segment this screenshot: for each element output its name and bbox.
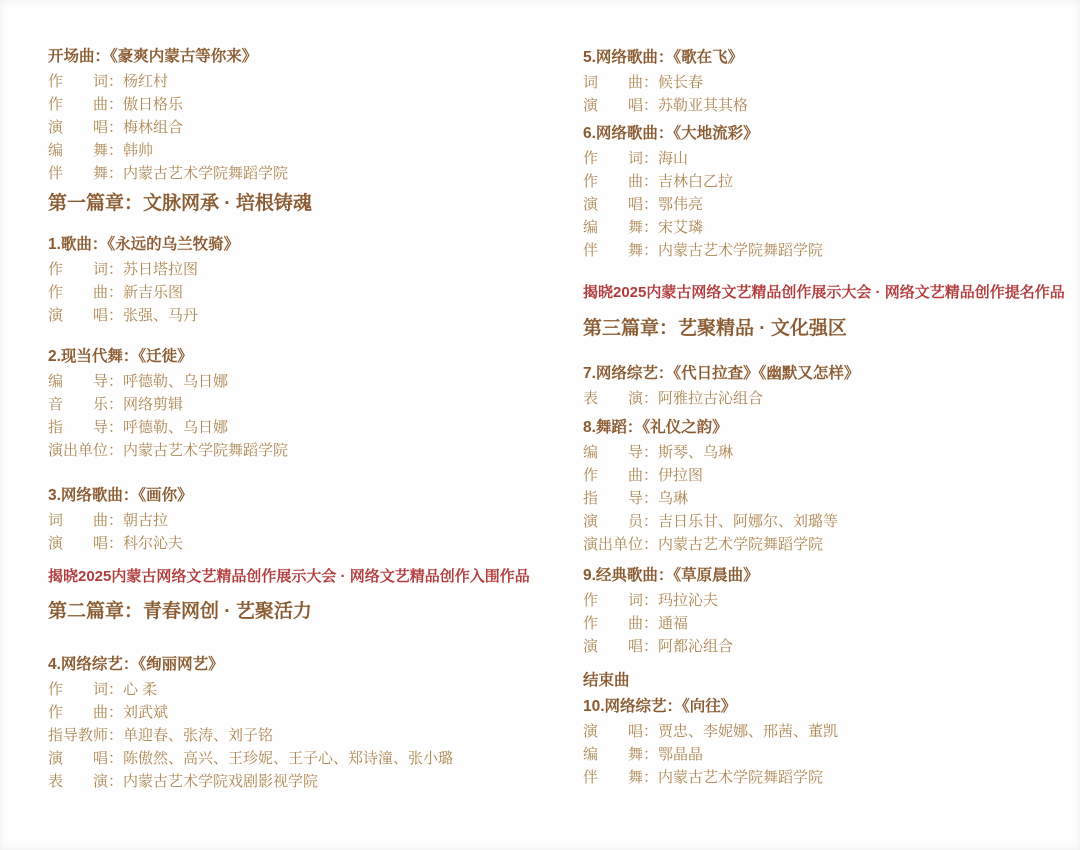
chapter-heading-3: 第三篇章：艺聚精品 · 文化强区 — [583, 315, 1078, 342]
closing-label: 结束曲 — [583, 668, 1078, 694]
credit-line: 词 曲：候长春 — [583, 71, 1078, 94]
credit-line: 编 舞：宋艾璘 — [583, 216, 1078, 239]
program-item-6: 6.网络歌曲：《大地流彩》 作 词：海山 作 曲：吉林白乙拉 演 唱：鄂伟亮 编… — [583, 121, 1078, 262]
credit-line: 作 曲：新吉乐图 — [48, 281, 543, 304]
program-item-1: 1.歌曲：《永远的乌兰牧骑》 作 词：苏日塔拉图 作 曲：新吉乐图 演 唱：张强… — [48, 232, 543, 327]
credit-line: 作 词：海山 — [583, 147, 1078, 170]
chapter-heading-1: 第一篇章：文脉网承 · 培根铸魂 — [48, 190, 543, 217]
credit-line: 演 唱：阿都沁组合 — [583, 635, 1078, 658]
credit-line: 作 词：心 柔 — [48, 678, 543, 701]
credit-line: 作 曲：通福 — [583, 612, 1078, 635]
item-title: 5.网络歌曲：《歌在飞》 — [583, 45, 1078, 71]
credit-line: 演 唱：张强、马丹 — [48, 304, 543, 327]
notice-nominated: 揭晓2025内蒙古网络文艺精品创作展示大会 · 网络文艺精品创作提名作品 — [583, 281, 1078, 304]
notice-shortlist: 揭晓2025内蒙古网络文艺精品创作展示大会 · 网络文艺精品创作入围作品 — [48, 565, 543, 588]
item-title: 6.网络歌曲：《大地流彩》 — [583, 121, 1078, 147]
credit-line: 表 演：内蒙古艺术学院戏剧影视学院 — [48, 770, 543, 793]
credit-line: 演 唱：梅林组合 — [48, 116, 543, 139]
credit-line: 作 曲：刘武斌 — [48, 701, 543, 724]
credit-line: 演出单位：内蒙古艺术学院舞蹈学院 — [583, 533, 1078, 556]
item-title: 10.网络综艺：《向往》 — [583, 694, 1078, 720]
credit-line: 作 词：玛拉沁夫 — [583, 589, 1078, 612]
credit-line: 表 演：阿雅拉古沁组合 — [583, 387, 1078, 410]
credit-line: 演 唱：苏勒亚其其格 — [583, 94, 1078, 117]
item-title: 9.经典歌曲：《草原晨曲》 — [583, 563, 1078, 589]
program-item-9: 9.经典歌曲：《草原晨曲》 作 词：玛拉沁夫 作 曲：通福 演 唱：阿都沁组合 — [583, 563, 1078, 658]
credit-line: 编 舞：韩帅 — [48, 139, 543, 162]
program-item-3: 3.网络歌曲：《画你》 词 曲：朝古拉 演 唱：科尔沁夫 — [48, 483, 543, 555]
item-title: 1.歌曲：《永远的乌兰牧骑》 — [48, 232, 543, 258]
credit-line: 演 员：吉日乐甘、阿娜尔、刘璐等 — [583, 510, 1078, 533]
program-item-2: 2.现当代舞：《迁徙》 编 导：呼德勒、乌日娜 音 乐：网络剪辑 指 导：呼德勒… — [48, 344, 543, 462]
credit-line: 演 唱：科尔沁夫 — [48, 532, 543, 555]
column-left: 开场曲：《豪爽内蒙古等你来》 作 词：杨红村 作 曲：傲日格乐 演 唱：梅林组合… — [48, 44, 543, 793]
credit-line: 作 词：杨红村 — [48, 70, 543, 93]
program-item-4: 4.网络综艺：《绚丽网艺》 作 词：心 柔 作 曲：刘武斌 指导教师：单迎春、张… — [48, 652, 543, 793]
credit-line: 演出单位：内蒙古艺术学院舞蹈学院 — [48, 439, 543, 462]
credit-line: 音 乐：网络剪辑 — [48, 393, 543, 416]
chapter-heading-2: 第二篇章：青春网创 · 艺聚活力 — [48, 598, 543, 625]
item-title: 4.网络综艺：《绚丽网艺》 — [48, 652, 543, 678]
credit-line: 作 词：苏日塔拉图 — [48, 258, 543, 281]
program-page: 开场曲：《豪爽内蒙古等你来》 作 词：杨红村 作 曲：傲日格乐 演 唱：梅林组合… — [0, 0, 1080, 850]
credit-line: 伴 舞：内蒙古艺术学院舞蹈学院 — [583, 239, 1078, 262]
program-item-8: 8.舞蹈：《礼仪之韵》 编 导：斯琴、乌琳 作 曲：伊拉图 指 导：乌琳 演 员… — [583, 415, 1078, 556]
program-item-10-closing: 结束曲 10.网络综艺：《向往》 演 唱：贾忠、李妮娜、邢茜、董凯 编 舞：鄂晶… — [583, 668, 1078, 789]
item-title: 2.现当代舞：《迁徙》 — [48, 344, 543, 370]
credit-line: 伴 舞：内蒙古艺术学院舞蹈学院 — [583, 766, 1078, 789]
program-item-5: 5.网络歌曲：《歌在飞》 词 曲：候长春 演 唱：苏勒亚其其格 — [583, 45, 1078, 117]
program-item-opening: 开场曲：《豪爽内蒙古等你来》 作 词：杨红村 作 曲：傲日格乐 演 唱：梅林组合… — [48, 44, 543, 185]
program-item-7: 7.网络综艺：《代日拉查》《幽默又怎样》 表 演：阿雅拉古沁组合 — [583, 361, 1078, 410]
credit-line: 演 唱：鄂伟亮 — [583, 193, 1078, 216]
item-title: 7.网络综艺：《代日拉查》《幽默又怎样》 — [583, 361, 1078, 387]
item-title: 开场曲：《豪爽内蒙古等你来》 — [48, 44, 543, 70]
credit-line: 指 导：乌琳 — [583, 487, 1078, 510]
credit-line: 演 唱：陈傲然、高兴、王珍妮、王子心、郑诗潼、张小璐 — [48, 747, 543, 770]
credit-line: 伴 舞：内蒙古艺术学院舞蹈学院 — [48, 162, 543, 185]
item-title: 8.舞蹈：《礼仪之韵》 — [583, 415, 1078, 441]
credit-line: 编 导：斯琴、乌琳 — [583, 441, 1078, 464]
credit-line: 编 导：呼德勒、乌日娜 — [48, 370, 543, 393]
credit-line: 演 唱：贾忠、李妮娜、邢茜、董凯 — [583, 720, 1078, 743]
credit-line: 词 曲：朝古拉 — [48, 509, 543, 532]
credit-line: 作 曲：伊拉图 — [583, 464, 1078, 487]
item-title: 3.网络歌曲：《画你》 — [48, 483, 543, 509]
credit-line: 作 曲：傲日格乐 — [48, 93, 543, 116]
credit-line: 编 舞：鄂晶晶 — [583, 743, 1078, 766]
column-right: 5.网络歌曲：《歌在飞》 词 曲：候长春 演 唱：苏勒亚其其格 6.网络歌曲：《… — [583, 45, 1078, 789]
credit-line: 指 导：呼德勒、乌日娜 — [48, 416, 543, 439]
credit-line: 作 曲：吉林白乙拉 — [583, 170, 1078, 193]
credit-line: 指导教师：单迎春、张涛、刘子铭 — [48, 724, 543, 747]
